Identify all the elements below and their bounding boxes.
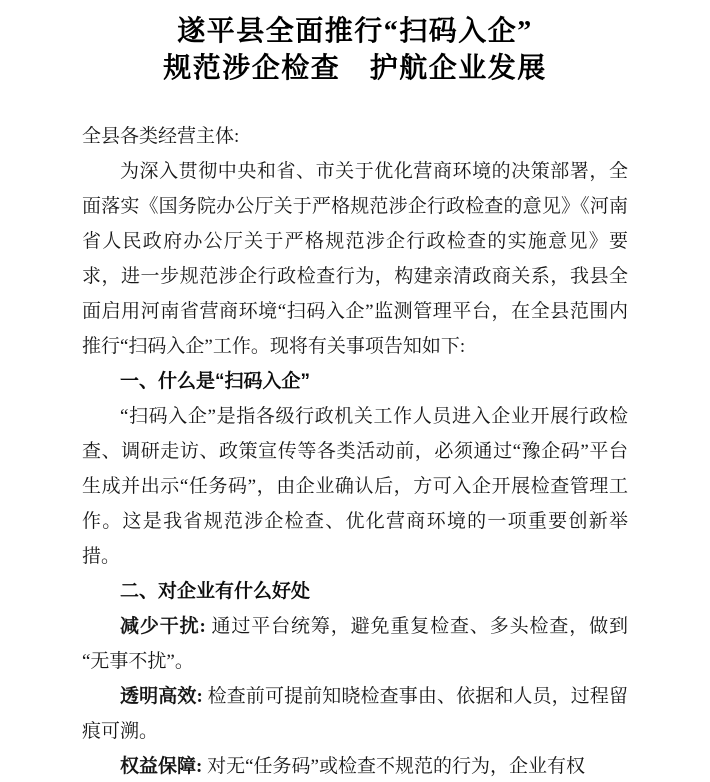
document-page: 遂平县全面推行“扫码入企” 规范涉企检查 护航企业发展 全县各类经营主体: 为深… — [0, 0, 710, 782]
document-title: 遂平县全面推行“扫码入企” 规范涉企检查 护航企业发展 — [0, 0, 710, 87]
benefit-item-transparency: 透明高效: 检查前可提前知晓检查事由、依据和人员，过程留痕可溯。 — [82, 679, 628, 749]
benefit-label-transparency: 透明高效: — [120, 686, 208, 707]
section-1-paragraph: “扫码入企”是指各级行政机关工作人员进入企业开展行政检查、调研走访、政策宣传等各… — [82, 399, 628, 574]
title-line-2: 规范涉企检查 护航企业发展 — [0, 50, 710, 87]
benefit-text-rights-protection: 对无“任务码”或检查不规范的行为，企业有权 — [207, 756, 585, 777]
salutation-line: 全县各类经营主体: — [82, 119, 628, 154]
intro-paragraph: 为深入贯彻中央和省、市关于优化营商环境的决策部署，全面落实《国务院办公厅关于严格… — [82, 154, 628, 364]
section-1-heading: 一、什么是“扫码入企” — [82, 364, 628, 399]
benefit-label-rights-protection: 权益保障: — [120, 756, 207, 777]
benefit-item-rights-protection: 权益保障: 对无“任务码”或检查不规范的行为，企业有权 — [82, 749, 628, 782]
document-body: 全县各类经营主体: 为深入贯彻中央和省、市关于优化营商环境的决策部署，全面落实《… — [82, 119, 628, 782]
section-2-heading: 二、对企业有什么好处 — [82, 574, 628, 609]
title-line-1: 遂平县全面推行“扫码入企” — [0, 13, 710, 50]
benefit-item-reduce-disturbance: 减少干扰: 通过平台统筹，避免重复检查、多头检查，做到“无事不扰”。 — [82, 609, 628, 679]
benefit-label-reduce-disturbance: 减少干扰: — [120, 616, 211, 637]
